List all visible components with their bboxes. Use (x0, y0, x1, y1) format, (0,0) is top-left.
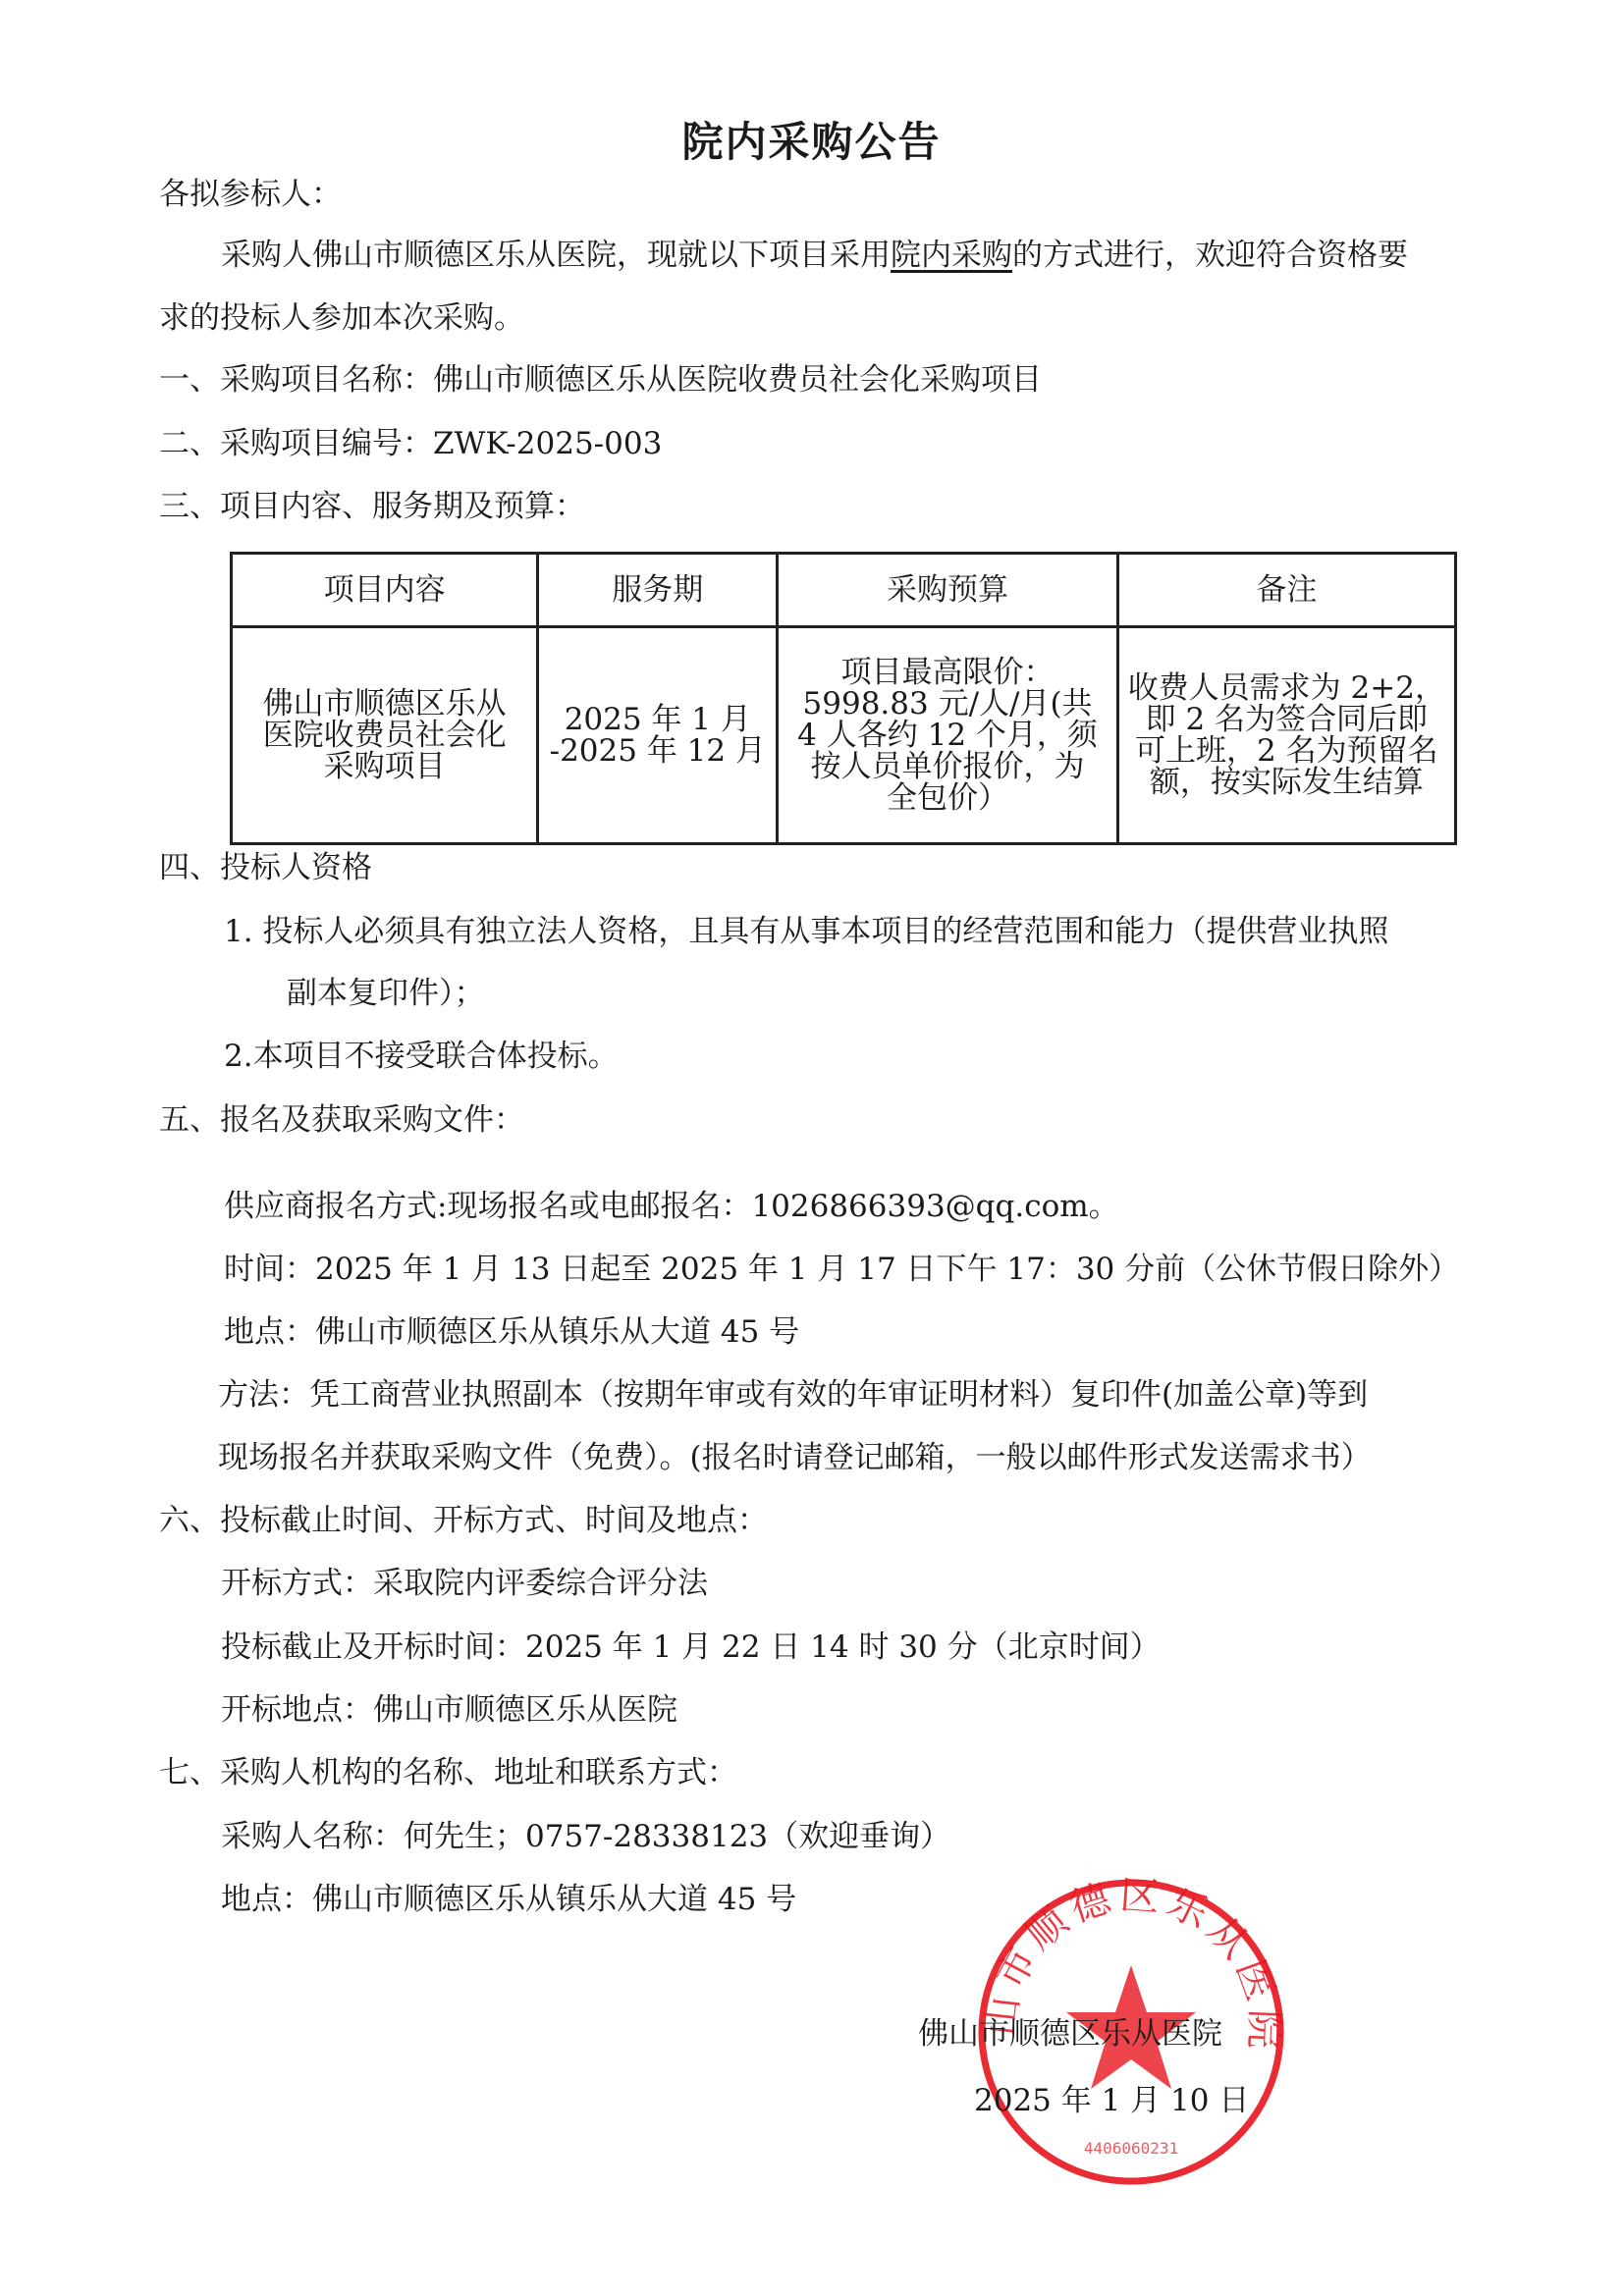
qualification-item-1-cont: 副本复印件）； (287, 972, 485, 1015)
intro-underlined-method: 院内采购 (891, 238, 1012, 273)
section-4-heading: 四、投标人资格 (159, 846, 372, 889)
cell-line: 佛山市顺德区乐从 (241, 688, 528, 720)
qualification-item-2: 2.本项目不接受联合体投标。 (224, 1035, 619, 1078)
cell-project-content: 佛山市顺德区乐从 医院收费员社会化 采购项目 (232, 627, 538, 844)
cell-line: 额，按实际发生结算 (1127, 767, 1446, 798)
signature-date: 2025 年 1 月 10 日 (974, 2075, 1249, 2119)
purchaser-contact: 采购人名称：何先生；0757-28338123（欢迎垂询） (221, 1815, 950, 1858)
section-2-project-number: 二、采购项目编号：ZWK-2025-003 (159, 422, 662, 465)
table-header-period: 服务期 (538, 554, 778, 627)
cell-line: -2025 年 12 月 (547, 735, 768, 767)
cell-line: 全包价） (786, 782, 1108, 814)
intro-line-2: 求的投标人参加本次采购。 (159, 296, 524, 340)
table-header-content: 项目内容 (232, 554, 538, 627)
section-1-project-name: 一、采购项目名称：佛山市顺德区乐从医院收费员社会化采购项目 (159, 358, 1042, 401)
cell-line: 采购项目 (241, 751, 528, 782)
svg-text:4406060231: 4406060231 (1084, 2139, 1178, 2158)
section-7-heading: 七、采购人机构的名称、地址和联系方式： (159, 1751, 737, 1794)
cell-line: 5998.83 元/人/月(共 (786, 688, 1108, 720)
registration-location: 地点：佛山市顺德区乐从镇乐从大道 45 号 (224, 1310, 799, 1354)
bid-opening-location: 开标地点：佛山市顺德区乐从医院 (221, 1688, 677, 1732)
page-title: 院内采购公告 (0, 110, 1623, 169)
cell-service-period: 2025 年 1 月 -2025 年 12 月 (538, 627, 778, 844)
cell-line: 可上班，2 名为预留名 (1127, 735, 1446, 767)
bid-deadline: 投标截止及开标时间：2025 年 1 月 22 日 14 时 30 分（北京时间… (221, 1626, 1161, 1669)
registration-procedure-1: 方法：凭工商营业执照副本（按期年审或有效的年审证明材料）复印件(加盖公章)等到 (218, 1373, 1368, 1416)
intro-text-part2: 的方式进行，欢迎符合资格要 (1012, 238, 1408, 273)
section-5-heading: 五、报名及获取采购文件： (159, 1098, 524, 1142)
cell-line: 项目最高限价： (786, 657, 1108, 688)
salutation: 各拟参标人： (159, 173, 342, 216)
section-3-heading: 三、项目内容、服务期及预算： (159, 485, 585, 528)
table-header-remarks: 备注 (1117, 554, 1455, 627)
section-6-heading: 六、投标截止时间、开标方式、时间及地点： (159, 1499, 768, 1542)
cell-line: 即 2 名为签合同后即 (1127, 704, 1446, 735)
intro-line-1: 采购人佛山市顺德区乐从医院，现就以下项目采用院内采购的方式进行，欢迎符合资格要 (221, 234, 1408, 277)
registration-method: 供应商报名方式:现场报名或电邮报名：1026866393@qq.com。 (224, 1185, 1119, 1228)
bid-opening-method: 开标方式：采取院内评委综合评分法 (221, 1562, 708, 1605)
cell-line: 按人员单价报价，为 (786, 751, 1108, 782)
registration-procedure-2: 现场报名并获取采购文件（免费）。(报名时请登记邮箱，一般以邮件形式发送需求书） (218, 1436, 1372, 1479)
cell-remarks: 收费人员需求为 2+2， 即 2 名为签合同后即 可上班，2 名为预留名 额，按… (1117, 627, 1455, 844)
cell-line: 4 人各约 12 个月，须 (786, 720, 1108, 751)
table-row: 佛山市顺德区乐从 医院收费员社会化 采购项目 2025 年 1 月 -2025 … (232, 627, 1456, 844)
cell-line: 医院收费员社会化 (241, 720, 528, 751)
cell-line: 收费人员需求为 2+2， (1127, 672, 1446, 704)
signature-organization: 佛山市顺德区乐从医院 (918, 2008, 1222, 2053)
intro-text-part1: 采购人佛山市顺德区乐从医院，现就以下项目采用 (221, 238, 891, 273)
budget-table: 项目内容 服务期 采购预算 备注 佛山市顺德区乐从 医院收费员社会化 采购项目 … (230, 552, 1457, 845)
cell-line: 2025 年 1 月 (547, 704, 768, 735)
procurement-notice-page: 院内采购公告 各拟参标人： 采购人佛山市顺德区乐从医院，现就以下项目采用院内采购… (0, 0, 1623, 2296)
table-header-budget: 采购预算 (778, 554, 1117, 627)
registration-time: 时间：2025 年 1 月 13 日起至 2025 年 1 月 17 日下午 1… (224, 1248, 1459, 1291)
purchaser-location: 地点：佛山市顺德区乐从镇乐从大道 45 号 (221, 1878, 796, 1921)
cell-budget: 项目最高限价： 5998.83 元/人/月(共 4 人各约 12 个月，须 按人… (778, 627, 1117, 844)
table-header-row: 项目内容 服务期 采购预算 备注 (232, 554, 1456, 627)
qualification-item-1: 1. 投标人必须具有独立法人资格，且具有从事本项目的经营范围和能力（提供营业执照 (224, 910, 1388, 953)
